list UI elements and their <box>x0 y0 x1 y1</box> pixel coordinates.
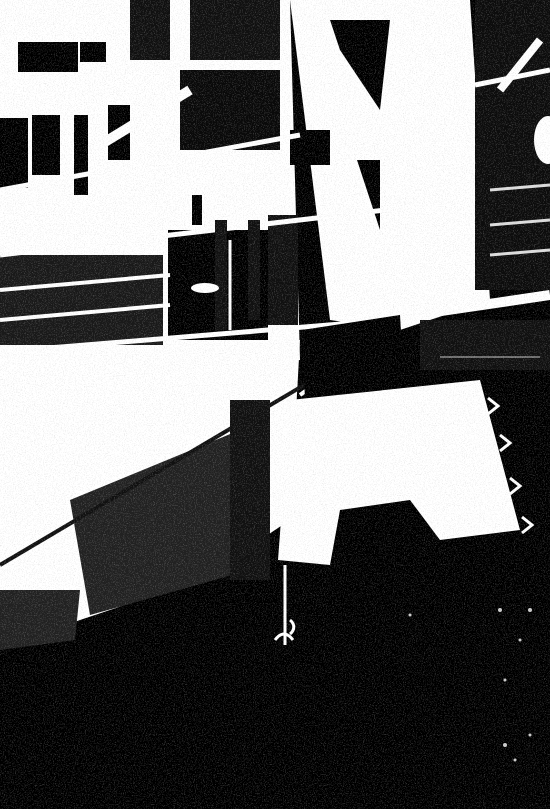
photograph: High-contrast black and white halftone p… <box>0 0 550 809</box>
photo-scene <box>0 0 550 809</box>
